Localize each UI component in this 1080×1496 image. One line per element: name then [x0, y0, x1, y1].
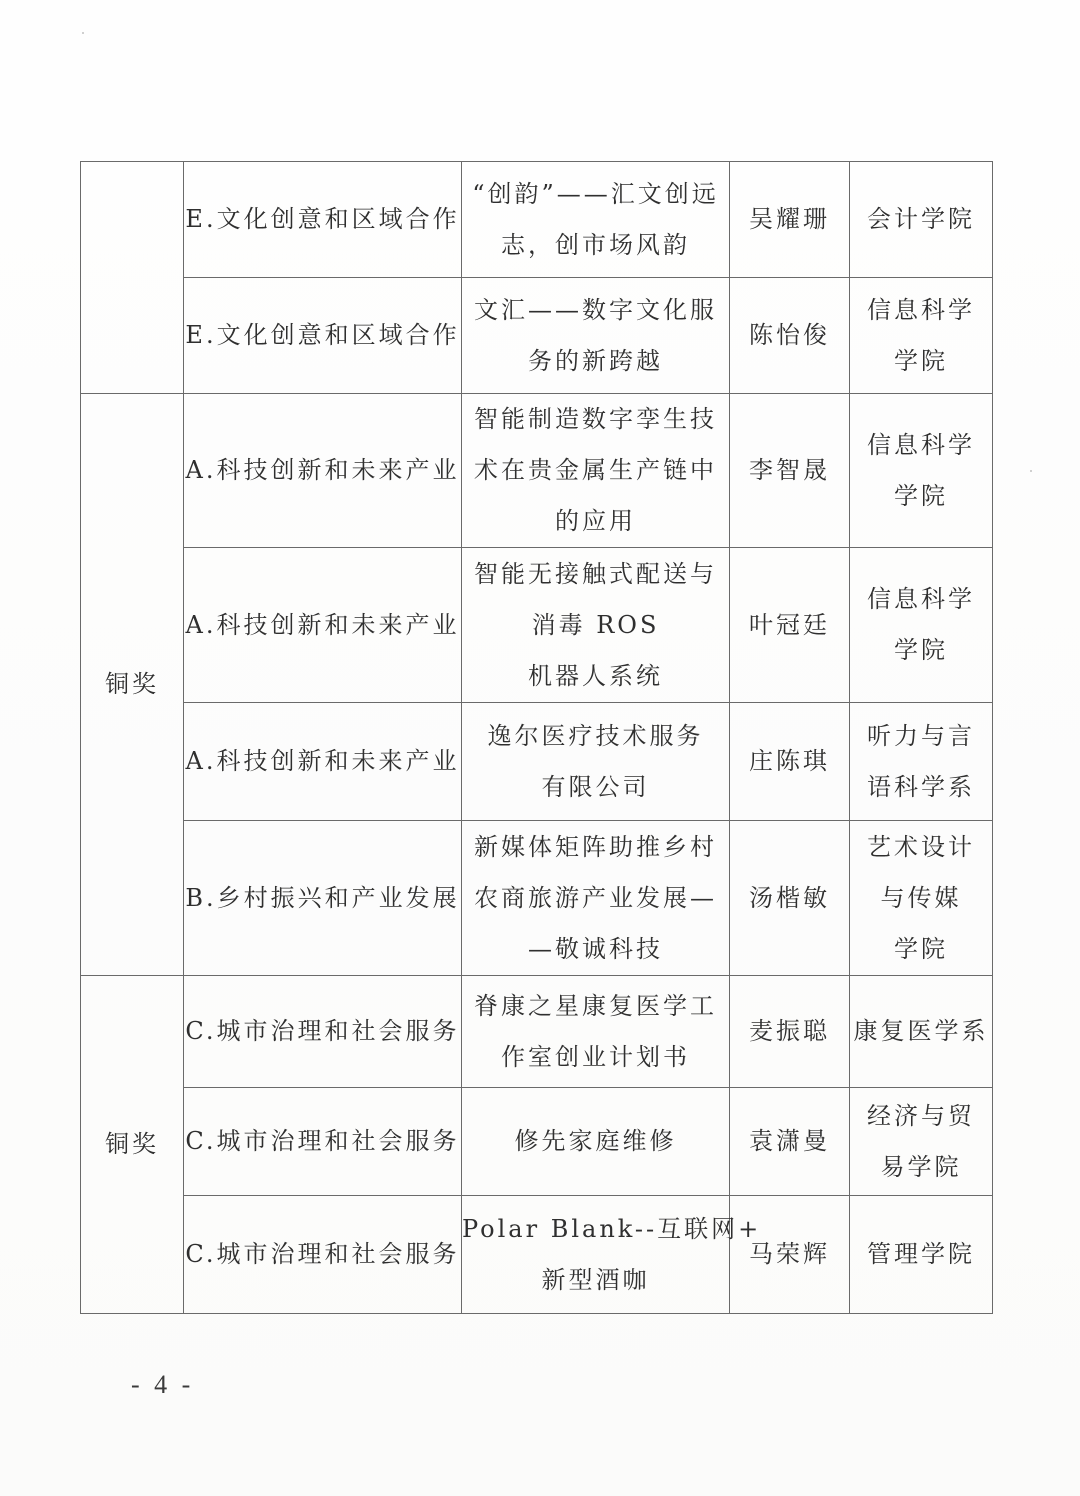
project-cell: 文汇——数字文化服务的新跨越	[462, 278, 730, 394]
cell-line: 易学院	[850, 1142, 992, 1193]
leader-cell: 庄陈琪	[730, 703, 850, 821]
college-cell: 信息科学学院	[850, 278, 993, 394]
table-row: 铜奖 A.科技创新和未来产业 智能制造数字孪生技术在贵金属生产链中的应用 李智晟…	[81, 394, 993, 548]
leader-cell: 李智晟	[730, 394, 850, 548]
cell-line: 学院	[850, 924, 992, 975]
cell-line: 康复医学系	[850, 1006, 992, 1057]
table-row: A.科技创新和未来产业 智能无接触式配送与消毒 ROS机器人系统 叶冠廷 信息科…	[81, 548, 993, 703]
leader-cell: 马荣辉	[730, 1196, 850, 1314]
project-cell: 新媒体矩阵助推乡村农商旅游产业发展——敬诚科技	[462, 821, 730, 976]
track-cell: B.乡村振兴和产业发展	[184, 821, 462, 976]
cell-line: 文汇——数字文化服	[462, 285, 729, 336]
leader-cell: 汤楷敏	[730, 821, 850, 976]
awards-table-body: E.文化创意和区域合作 “创韵”——汇文创远志，创市场风韵 吴耀珊 会计学院 E…	[81, 162, 993, 1314]
cell-line: 智能无接触式配送与	[462, 549, 729, 600]
leader-cell: 麦振聪	[730, 976, 850, 1088]
award-level-cell: 铜奖	[81, 394, 184, 976]
track-cell: C.城市治理和社会服务	[184, 1088, 462, 1196]
cell-line: 会计学院	[850, 194, 992, 245]
leader-cell: 袁潇曼	[730, 1088, 850, 1196]
leader-cell: 吴耀珊	[730, 162, 850, 278]
cell-line: 有限公司	[462, 762, 729, 813]
cell-line: 语科学系	[850, 762, 992, 813]
awards-table: E.文化创意和区域合作 “创韵”——汇文创远志，创市场风韵 吴耀珊 会计学院 E…	[80, 161, 993, 1314]
project-cell: 逸尔医疗技术服务有限公司	[462, 703, 730, 821]
cell-line: 机器人系统	[462, 651, 729, 702]
table-row: E.文化创意和区域合作 文汇——数字文化服务的新跨越 陈怡俊 信息科学学院	[81, 278, 993, 394]
cell-line: 学院	[850, 625, 992, 676]
project-cell: 智能无接触式配送与消毒 ROS机器人系统	[462, 548, 730, 703]
cell-line: “创韵”——汇文创远	[462, 169, 729, 220]
cell-line: 听力与言	[850, 711, 992, 762]
track-cell: A.科技创新和未来产业	[184, 548, 462, 703]
track-cell: C.城市治理和社会服务	[184, 976, 462, 1088]
college-cell: 经济与贸易学院	[850, 1088, 993, 1196]
track-cell: E.文化创意和区域合作	[184, 162, 462, 278]
cell-line: 逸尔医疗技术服务	[462, 711, 729, 762]
cell-line: 新媒体矩阵助推乡村	[462, 822, 729, 873]
college-cell: 听力与言语科学系	[850, 703, 993, 821]
college-cell: 信息科学学院	[850, 548, 993, 703]
page-number: - 4 -	[131, 1370, 194, 1400]
cell-line: 学院	[850, 336, 992, 387]
cell-line: 术在贵金属生产链中	[462, 445, 729, 496]
project-cell: 脊康之星康复医学工作室创业计划书	[462, 976, 730, 1088]
cell-line: 学院	[850, 471, 992, 522]
project-cell: 智能制造数字孪生技术在贵金属生产链中的应用	[462, 394, 730, 548]
cell-line: 经济与贸	[850, 1091, 992, 1142]
cell-line: Polar Blank--互联网+	[462, 1204, 729, 1255]
cell-line: 志，创市场风韵	[462, 220, 729, 271]
track-cell: E.文化创意和区域合作	[184, 278, 462, 394]
college-cell: 会计学院	[850, 162, 993, 278]
college-cell: 信息科学学院	[850, 394, 993, 548]
award-level-cell: 铜奖	[81, 976, 184, 1314]
cell-line: 脊康之星康复医学工	[462, 981, 729, 1032]
cell-line: 智能制造数字孪生技	[462, 394, 729, 445]
track-cell: A.科技创新和未来产业	[184, 394, 462, 548]
college-cell: 艺术设计与传媒学院	[850, 821, 993, 976]
table-row: C.城市治理和社会服务 Polar Blank--互联网+新型酒咖 马荣辉 管理…	[81, 1196, 993, 1314]
cell-line: 艺术设计	[850, 822, 992, 873]
cell-line: 信息科学	[850, 574, 992, 625]
table-row: A.科技创新和未来产业 逸尔医疗技术服务有限公司 庄陈琪 听力与言语科学系	[81, 703, 993, 821]
project-cell: “创韵”——汇文创远志，创市场风韵	[462, 162, 730, 278]
award-level-cell	[81, 162, 184, 394]
cell-line: 信息科学	[850, 420, 992, 471]
cell-line: 新型酒咖	[462, 1255, 729, 1306]
cell-line: 信息科学	[850, 285, 992, 336]
leader-cell: 叶冠廷	[730, 548, 850, 703]
table-row: B.乡村振兴和产业发展 新媒体矩阵助推乡村农商旅游产业发展——敬诚科技 汤楷敏 …	[81, 821, 993, 976]
cell-line: 管理学院	[850, 1229, 992, 1280]
cell-line: 农商旅游产业发展—	[462, 873, 729, 924]
college-cell: 管理学院	[850, 1196, 993, 1314]
table-row: C.城市治理和社会服务 修先家庭维修 袁潇曼 经济与贸易学院	[81, 1088, 993, 1196]
scan-speck	[82, 32, 84, 34]
track-cell: C.城市治理和社会服务	[184, 1196, 462, 1314]
project-cell: 修先家庭维修	[462, 1088, 730, 1196]
table-row: E.文化创意和区域合作 “创韵”——汇文创远志，创市场风韵 吴耀珊 会计学院	[81, 162, 993, 278]
leader-cell: 陈怡俊	[730, 278, 850, 394]
table-row: 铜奖 C.城市治理和社会服务 脊康之星康复医学工作室创业计划书 麦振聪 康复医学…	[81, 976, 993, 1088]
cell-line: 作室创业计划书	[462, 1032, 729, 1083]
cell-line: 消毒 ROS	[462, 600, 729, 651]
project-cell: Polar Blank--互联网+新型酒咖	[462, 1196, 730, 1314]
scan-speck	[1030, 470, 1032, 472]
cell-line: 的应用	[462, 496, 729, 547]
cell-line: 务的新跨越	[462, 336, 729, 387]
track-cell: A.科技创新和未来产业	[184, 703, 462, 821]
cell-line: 与传媒	[850, 873, 992, 924]
college-cell: 康复医学系	[850, 976, 993, 1088]
cell-line: 修先家庭维修	[462, 1116, 729, 1167]
cell-line: —敬诚科技	[462, 924, 729, 975]
scanned-page: E.文化创意和区域合作 “创韵”——汇文创远志，创市场风韵 吴耀珊 会计学院 E…	[0, 0, 1080, 1496]
